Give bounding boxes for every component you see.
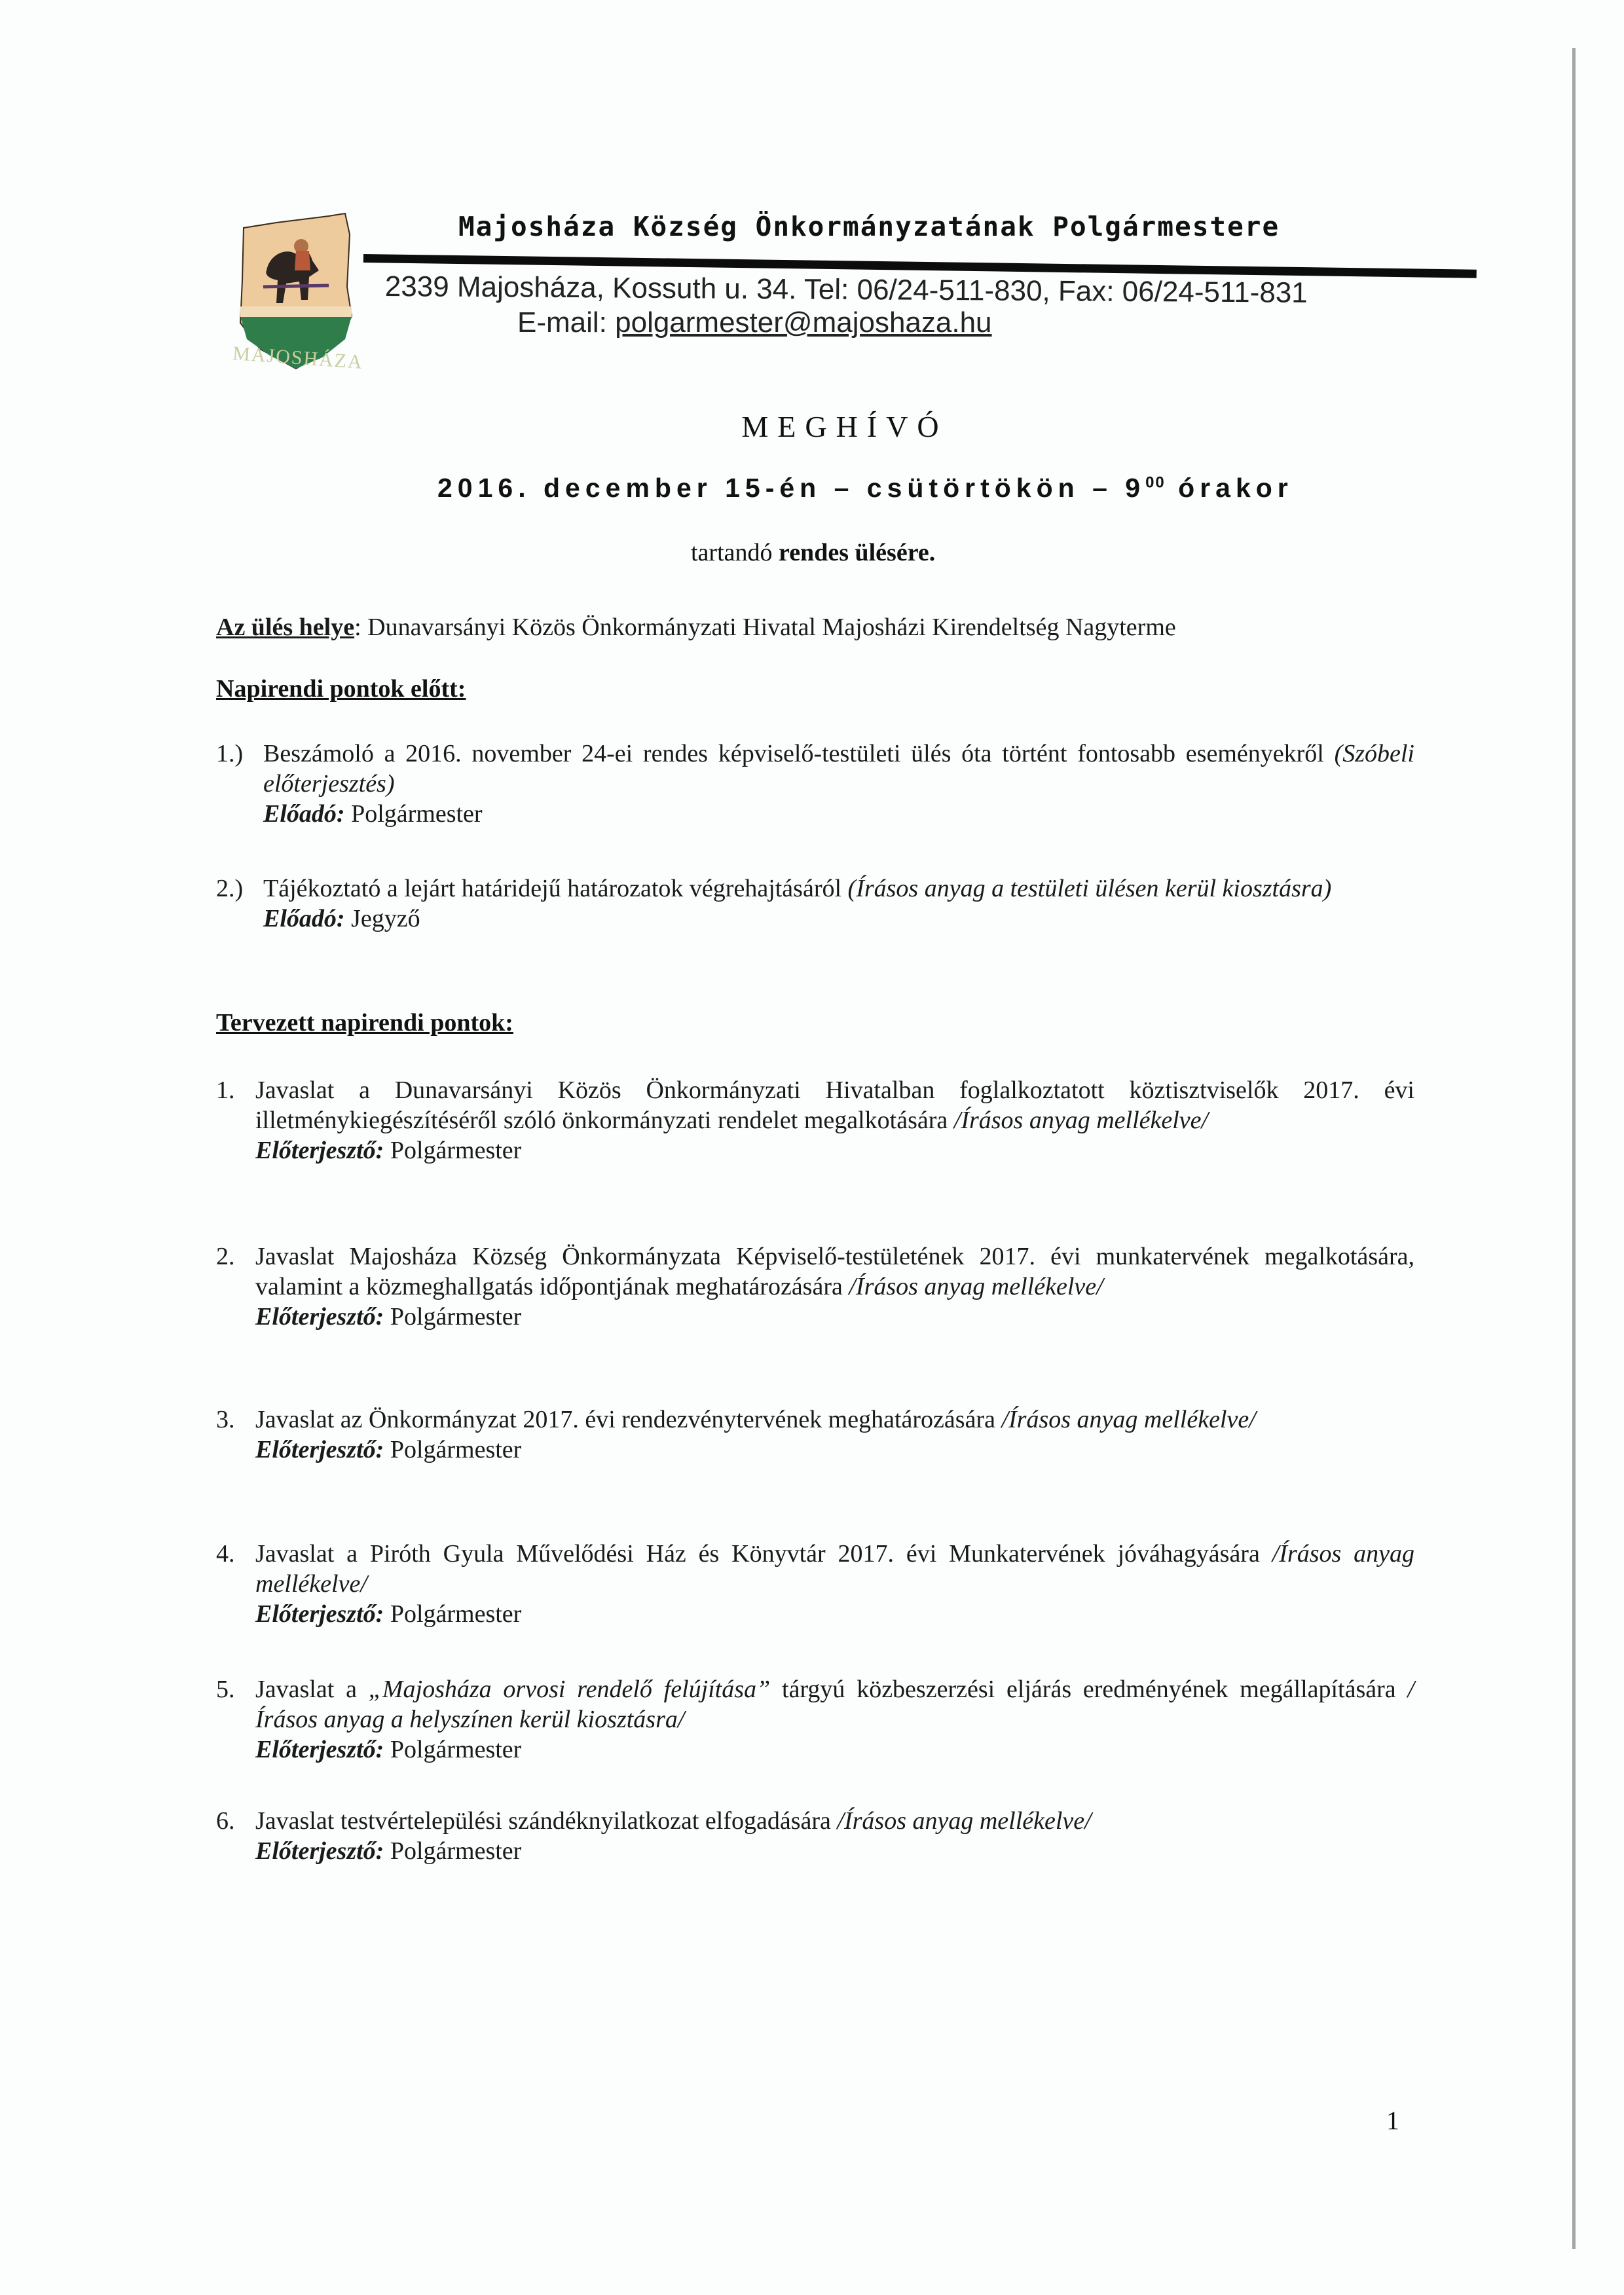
item-text: Beszámoló a 2016. november 24-ei rendes …	[263, 740, 1335, 767]
item-presenter: Előadó: Jegyző	[263, 904, 1414, 934]
item-number: 1.)	[216, 739, 243, 769]
item-presenter: Előterjesztő: Polgármester	[255, 1135, 1414, 1166]
agenda-item: 5. Javaslat a „Majosháza orvosi rendelő …	[216, 1674, 1414, 1765]
item-note: /Írásos anyag mellékelve/	[954, 1107, 1208, 1134]
venue-label: Az ülés helye	[216, 614, 354, 641]
email-prefix: E-mail:	[517, 306, 615, 339]
item-note: (Írásos anyag a testületi ülésen kerül k…	[848, 875, 1332, 902]
letterhead-address: 2339 Majosháza, Kossuth u. 34. Tel: 06/2…	[385, 270, 1308, 310]
agenda-item: 2. Javaslat Majosháza Község Önkormányza…	[216, 1241, 1414, 1332]
item-text: Javaslat a Dunavarsányi Közös Önkormányz…	[255, 1076, 1414, 1134]
venue-line: Az ülés helye: Dunavarsányi Közös Önkorm…	[216, 612, 1414, 642]
meeting-prefix: tartandó	[691, 539, 779, 566]
item-number: 4.	[216, 1539, 235, 1569]
item-number: 6.	[216, 1806, 235, 1836]
meeting-kind: rendes ülésére.	[779, 539, 935, 566]
date-main: 2016. december 15-én – csütörtökön – 9	[437, 473, 1145, 503]
item-note: /Írásos anyag mellékelve/	[1001, 1406, 1255, 1433]
item-presenter: Előterjesztő: Polgármester	[255, 1599, 1414, 1629]
item-number: 5.	[216, 1674, 235, 1704]
item-number: 2.)	[216, 873, 243, 904]
item-text: Tájékoztató a lejárt határidejű határoza…	[263, 875, 848, 902]
agenda-item: 6. Javaslat testvértelepülési szándéknyi…	[216, 1806, 1414, 1866]
item-number: 1.	[216, 1075, 235, 1105]
item-number: 3.	[216, 1405, 235, 1435]
item-text: Javaslat testvértelepülési szándéknyilat…	[255, 1807, 837, 1835]
item-note: /Írásos anyag mellékelve/	[837, 1807, 1091, 1835]
letterhead-title: Majosháza Község Önkormányzatának Polgár…	[458, 211, 1280, 242]
item-number: 2.	[216, 1241, 235, 1272]
meeting-date: 2016. december 15-én – csütörtökön – 900…	[437, 473, 1293, 504]
item-presenter: Előterjesztő: Polgármester	[255, 1302, 1414, 1332]
letterhead-email-line: E-mail: polgarmester@majoshaza.hu	[517, 306, 992, 339]
planned-agenda-heading: Tervezett napirendi pontok:	[216, 1008, 513, 1037]
item-text: Javaslat a Piróth Gyula Művelődési Ház é…	[255, 1540, 1272, 1568]
item-presenter: Előterjesztő: Polgármester	[255, 1836, 1414, 1866]
item-presenter: Előadó: Polgármester	[263, 799, 1414, 829]
pre-agenda-item: 1.) Beszámoló a 2016. november 24-ei ren…	[216, 739, 1414, 829]
meeting-type: tartandó rendes ülésére.	[691, 538, 935, 567]
item-text-before: Javaslat a	[255, 1676, 369, 1703]
email-link[interactable]: polgarmester@majoshaza.hu	[615, 306, 991, 339]
scan-edge-line	[1572, 48, 1576, 2249]
item-text: Javaslat az Önkormányzat 2017. évi rende…	[255, 1406, 1001, 1433]
item-presenter: Előterjesztő: Polgármester	[255, 1435, 1414, 1465]
pre-agenda-heading: Napirendi pontok előtt:	[216, 674, 466, 703]
invitation-title: MEGHÍVÓ	[0, 409, 1624, 444]
item-quoted-title: „Majosháza orvosi rendelő felújítása”	[369, 1676, 771, 1703]
pre-agenda-item: 2.) Tájékoztató a lejárt határidejű hatá…	[216, 873, 1414, 934]
agenda-item: 1. Javaslat a Dunavarsányi Közös Önkormá…	[216, 1075, 1414, 1166]
agenda-item: 4. Javaslat a Piróth Gyula Művelődési Há…	[216, 1539, 1414, 1629]
item-text: tárgyú közbeszerzési eljárás eredményéne…	[770, 1676, 1407, 1703]
page-number: 1	[1386, 2105, 1399, 2136]
item-note: /Írásos anyag mellékelve/	[849, 1273, 1103, 1300]
item-text: Javaslat Majosháza Község Önkormányzata …	[255, 1243, 1414, 1300]
venue-separator: :	[354, 614, 367, 641]
item-presenter: Előterjesztő: Polgármester	[255, 1735, 1414, 1765]
agenda-item: 3. Javaslat az Önkormányzat 2017. évi re…	[216, 1405, 1414, 1465]
date-suffix: órakor	[1166, 473, 1293, 503]
venue-value: Dunavarsányi Közös Önkormányzati Hivatal…	[367, 614, 1176, 641]
date-minutes: 00	[1145, 473, 1166, 491]
